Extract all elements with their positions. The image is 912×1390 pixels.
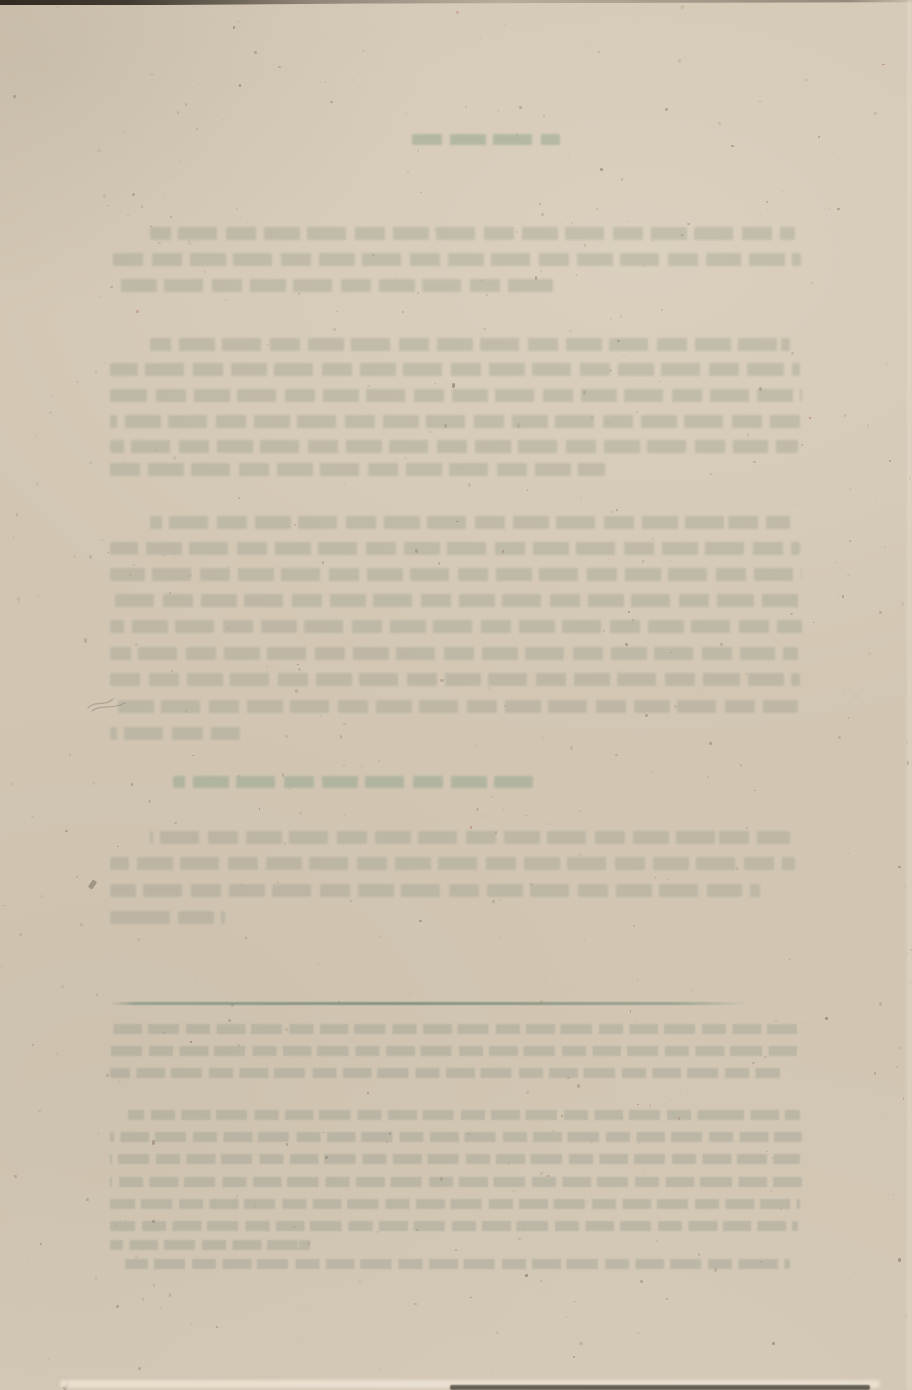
paragraph-1-line bbox=[113, 253, 801, 266]
paper-speck bbox=[668, 879, 669, 880]
paper-speck bbox=[37, 596, 38, 598]
paper-speck bbox=[806, 79, 807, 80]
paper-speck bbox=[591, 1142, 592, 1143]
paper-speck bbox=[573, 1356, 575, 1357]
paper-speck bbox=[346, 739, 347, 740]
paper-speck-red bbox=[813, 622, 815, 623]
paper-speck bbox=[879, 1002, 882, 1006]
paragraph-2-line bbox=[110, 415, 800, 428]
paper-speck bbox=[817, 592, 818, 593]
paper-speck bbox=[3, 905, 5, 907]
paper-speck bbox=[72, 231, 74, 233]
paper-speck bbox=[847, 574, 850, 576]
paper-speck bbox=[526, 1091, 529, 1094]
paper-speck bbox=[584, 940, 585, 941]
paper-speck-red bbox=[809, 417, 811, 418]
paper-speck bbox=[482, 814, 485, 818]
paper-speck bbox=[766, 1151, 767, 1152]
footnote-2-line bbox=[110, 1177, 802, 1187]
paper-speck bbox=[98, 149, 101, 152]
paper-speck bbox=[878, 850, 880, 851]
paper-speck bbox=[13, 95, 16, 99]
paper-speck bbox=[444, 665, 445, 666]
paragraph-3-line bbox=[150, 516, 790, 529]
paper-speck bbox=[584, 42, 585, 43]
paper-speck bbox=[801, 546, 802, 548]
paper-speck bbox=[649, 1104, 652, 1107]
paper-speck bbox=[499, 899, 501, 901]
paper-speck bbox=[18, 600, 20, 603]
paper-speck bbox=[377, 1231, 378, 1233]
paper-speck bbox=[55, 756, 57, 758]
paragraph-4-line bbox=[110, 857, 795, 870]
paper-speck bbox=[251, 125, 252, 126]
paper-speck bbox=[478, 1214, 479, 1215]
paper-speck bbox=[86, 1198, 89, 1201]
footnote-2-line bbox=[110, 1221, 798, 1231]
paper-speck bbox=[737, 197, 739, 199]
paper-speck bbox=[527, 489, 529, 491]
paper-speck bbox=[142, 1298, 144, 1302]
paper-speck bbox=[171, 670, 173, 672]
paper-speck bbox=[835, 561, 838, 564]
paper-speck bbox=[97, 1132, 100, 1135]
paper-speck bbox=[687, 539, 688, 540]
paper-speck bbox=[766, 201, 768, 203]
paper-speck bbox=[147, 816, 148, 817]
paper-speck bbox=[216, 1326, 218, 1328]
paper-speck bbox=[730, 104, 732, 105]
paper-speck bbox=[637, 980, 638, 981]
paper-speck bbox=[698, 1253, 701, 1256]
paper-speck bbox=[148, 800, 151, 803]
paper-speck bbox=[407, 171, 409, 174]
paper-speck bbox=[661, 309, 663, 311]
paper-speck bbox=[727, 1289, 728, 1290]
paper-speck bbox=[438, 562, 440, 565]
paper-speck bbox=[838, 594, 839, 595]
paper-speck bbox=[705, 211, 706, 212]
paper-speck bbox=[36, 482, 39, 486]
paper-speck bbox=[656, 1240, 658, 1242]
paper-speck bbox=[879, 611, 882, 614]
paper-speck bbox=[681, 5, 683, 8]
paper-speck bbox=[596, 208, 598, 210]
paper-speck bbox=[572, 984, 574, 986]
paper-speck bbox=[246, 64, 247, 65]
paper-speck bbox=[541, 213, 544, 216]
paper-speck bbox=[70, 1020, 71, 1021]
paper-speck bbox=[823, 394, 824, 396]
paper-speck bbox=[473, 852, 474, 853]
paper-speck bbox=[765, 306, 766, 307]
paper-speck bbox=[278, 66, 281, 68]
paper-speck bbox=[823, 306, 825, 308]
paper-speck bbox=[753, 461, 756, 463]
paper-speck bbox=[344, 814, 346, 816]
paper-speck bbox=[69, 754, 71, 755]
paper-speck bbox=[842, 595, 844, 597]
paper-speck bbox=[608, 559, 609, 560]
paper-speck bbox=[13, 536, 15, 538]
paper-speck bbox=[196, 128, 198, 130]
paper-speck bbox=[552, 83, 553, 84]
page-bottom-edge-shadow bbox=[450, 1385, 870, 1390]
footnote-2-line bbox=[110, 1154, 800, 1164]
paper-speck bbox=[754, 790, 756, 791]
paper-speck bbox=[637, 1104, 639, 1105]
paper-speck bbox=[137, 148, 138, 149]
paper-speck bbox=[470, 1127, 471, 1128]
paper-speck bbox=[573, 293, 574, 294]
paper-speck-red bbox=[882, 64, 884, 65]
paper-speck bbox=[492, 796, 493, 797]
paper-speck bbox=[224, 299, 227, 301]
paper-speck bbox=[76, 876, 78, 878]
paragraph-3-line bbox=[110, 700, 798, 713]
paper-speck bbox=[19, 933, 22, 935]
paper-speck bbox=[297, 1337, 298, 1338]
paper-speck bbox=[829, 227, 830, 228]
paper-speck bbox=[359, 1280, 361, 1281]
paper-speck bbox=[829, 208, 830, 209]
paper-speck bbox=[238, 497, 240, 499]
paper-speck bbox=[333, 328, 336, 331]
paper-speck bbox=[689, 999, 690, 1001]
paper-speck bbox=[718, 122, 721, 125]
paper-speck bbox=[560, 120, 561, 121]
paragraph-1-line bbox=[150, 227, 795, 240]
paper-speck bbox=[192, 755, 193, 756]
paper-speck bbox=[540, 1280, 542, 1282]
paper-speck bbox=[545, 980, 548, 982]
paper-speck bbox=[620, 315, 622, 317]
paper-speck bbox=[204, 271, 206, 273]
paper-speck bbox=[129, 778, 131, 780]
paper-speck bbox=[600, 168, 602, 171]
paper-speck bbox=[383, 788, 384, 789]
paper-speck bbox=[285, 735, 287, 738]
paper-speck bbox=[868, 652, 871, 655]
paper-speck bbox=[584, 244, 586, 246]
ink-fleck bbox=[88, 879, 97, 889]
paper-speck bbox=[655, 283, 656, 284]
paper-speck bbox=[102, 798, 103, 799]
paper-speck bbox=[488, 687, 490, 688]
paper-speck bbox=[106, 1074, 109, 1077]
paper-speck bbox=[614, 303, 616, 305]
paper-speck bbox=[275, 114, 276, 116]
paper-speck bbox=[809, 937, 810, 938]
paper-speck bbox=[623, 355, 625, 356]
paper-speck bbox=[626, 221, 628, 223]
paper-speck bbox=[132, 193, 135, 197]
paper-speck bbox=[802, 1022, 803, 1023]
paper-speck-red bbox=[903, 1097, 905, 1100]
paper-speck bbox=[867, 424, 869, 428]
footnote-2-line bbox=[110, 1240, 310, 1250]
paper-speck bbox=[378, 760, 380, 762]
paper-speck bbox=[673, 778, 674, 779]
paper-speck bbox=[297, 664, 299, 666]
paper-speck bbox=[40, 1243, 42, 1245]
paper-speck bbox=[700, 927, 701, 929]
paper-speck bbox=[473, 1215, 474, 1216]
paper-speck bbox=[98, 296, 99, 298]
paragraph-3-line bbox=[110, 594, 800, 607]
paper-speck bbox=[512, 1190, 515, 1192]
paper-speck bbox=[409, 993, 412, 996]
paper-speck bbox=[874, 112, 877, 115]
paper-speck bbox=[343, 765, 345, 766]
paper-speck bbox=[577, 1084, 580, 1088]
paper-speck bbox=[639, 51, 640, 52]
paper-speck bbox=[746, 827, 748, 829]
paper-speck bbox=[89, 461, 92, 464]
paragraph-1-line bbox=[113, 279, 553, 292]
paper-speck bbox=[0, 965, 3, 968]
paper-speck bbox=[260, 1130, 261, 1131]
paper-speck bbox=[343, 723, 345, 725]
paragraph-4-line bbox=[110, 911, 225, 924]
page-top-edge-shadow bbox=[0, 0, 912, 5]
paper-speck bbox=[103, 194, 106, 198]
paper-speck bbox=[850, 1075, 852, 1078]
paper-speck bbox=[127, 215, 128, 216]
paper-speck bbox=[320, 82, 321, 83]
paper-speck bbox=[92, 782, 95, 785]
paper-speck bbox=[123, 131, 125, 133]
paper-speck bbox=[417, 149, 420, 152]
paper-speck bbox=[492, 900, 494, 903]
paper-speck bbox=[237, 21, 240, 23]
footnote-1-line bbox=[110, 1068, 780, 1078]
paper-speck bbox=[709, 742, 711, 745]
paper-speck bbox=[519, 106, 522, 109]
paper-speck bbox=[561, 223, 562, 224]
paper-speck bbox=[764, 1056, 766, 1058]
paper-speck bbox=[116, 1305, 119, 1308]
paper-speck bbox=[636, 1021, 637, 1022]
paper-speck bbox=[880, 1117, 881, 1118]
paper-speck bbox=[837, 208, 839, 210]
paper-speck bbox=[455, 1249, 457, 1252]
paper-speck bbox=[525, 815, 527, 816]
paper-speck bbox=[12, 1105, 13, 1106]
paper-speck bbox=[96, 994, 97, 995]
paper-speck bbox=[475, 743, 478, 747]
paper-speck bbox=[893, 1194, 894, 1195]
scanned-page bbox=[0, 0, 912, 1390]
paper-speck bbox=[451, 293, 452, 294]
paper-speck bbox=[320, 716, 322, 718]
paper-speck bbox=[95, 1277, 96, 1278]
paper-speck-red bbox=[456, 11, 459, 14]
paper-speck bbox=[124, 460, 126, 462]
paper-speck bbox=[80, 923, 82, 926]
paper-speck bbox=[350, 900, 352, 902]
paper-speck bbox=[298, 293, 299, 294]
paper-speck bbox=[57, 1082, 59, 1084]
paper-speck bbox=[760, 214, 761, 215]
paper-speck bbox=[228, 1019, 231, 1022]
paper-speck bbox=[818, 136, 820, 138]
paper-speck bbox=[76, 381, 78, 383]
paper-speck bbox=[652, 240, 653, 242]
paper-speck bbox=[633, 925, 635, 927]
paper-speck bbox=[163, 196, 165, 198]
paper-speck bbox=[569, 330, 572, 332]
paper-speck-red bbox=[136, 310, 138, 313]
footnote-2-line bbox=[110, 1199, 800, 1209]
paper-speck bbox=[899, 1047, 901, 1049]
page-title-line bbox=[412, 134, 560, 145]
paper-speck bbox=[378, 591, 380, 592]
paper-speck bbox=[89, 555, 92, 559]
paper-speck bbox=[136, 1314, 137, 1315]
paper-speck bbox=[832, 153, 834, 154]
paper-speck bbox=[62, 948, 63, 949]
paper-speck bbox=[539, 203, 542, 206]
paper-speck bbox=[185, 103, 187, 106]
paragraph-4-line bbox=[150, 831, 790, 844]
paper-speck bbox=[133, 564, 135, 566]
paper-speck bbox=[236, 208, 238, 210]
paper-speck bbox=[286, 1143, 288, 1145]
footnote-1-line bbox=[110, 1024, 800, 1034]
paper-speck bbox=[336, 311, 338, 313]
paper-speck bbox=[598, 51, 600, 53]
paper-speck bbox=[48, 1358, 50, 1360]
paper-speck bbox=[566, 1316, 567, 1318]
paper-speck bbox=[671, 561, 672, 562]
paper-speck bbox=[678, 59, 681, 63]
paper-speck bbox=[653, 778, 654, 779]
paper-speck bbox=[14, 1175, 17, 1178]
paper-speck bbox=[770, 1190, 771, 1192]
paper-speck bbox=[351, 79, 353, 81]
footnote-3-line bbox=[125, 1259, 790, 1269]
pencil-mark bbox=[84, 690, 132, 718]
paragraph-3-line bbox=[110, 673, 800, 686]
paper-speck bbox=[299, 812, 302, 816]
paper-speck bbox=[896, 1349, 897, 1350]
paper-speck bbox=[698, 690, 699, 691]
paper-speck bbox=[527, 506, 528, 507]
paper-speck bbox=[173, 557, 175, 558]
paper-speck bbox=[720, 643, 723, 647]
paper-speck bbox=[670, 1099, 672, 1102]
paper-speck bbox=[35, 436, 36, 437]
paper-speck bbox=[138, 1367, 141, 1370]
paper-speck bbox=[118, 1080, 121, 1082]
paper-speck bbox=[404, 457, 407, 459]
paper-speck bbox=[32, 1044, 34, 1045]
paper-speck bbox=[870, 977, 873, 980]
paper-speck bbox=[137, 938, 140, 941]
paper-speck bbox=[682, 1101, 683, 1102]
paper-speck bbox=[553, 500, 555, 501]
footnote-2-line bbox=[110, 1132, 802, 1142]
paper-speck bbox=[850, 488, 851, 490]
paper-speck bbox=[792, 518, 793, 519]
paper-speck bbox=[131, 783, 133, 786]
paper-speck bbox=[845, 518, 846, 519]
paper-speck bbox=[254, 51, 257, 54]
paper-speck bbox=[645, 714, 648, 717]
paper-speck bbox=[790, 613, 792, 615]
paper-speck bbox=[498, 110, 500, 112]
paper-speck bbox=[26, 11, 27, 12]
paper-speck bbox=[73, 555, 76, 558]
paper-speck bbox=[785, 930, 786, 931]
paper-speck bbox=[61, 985, 64, 987]
paper-speck bbox=[855, 695, 857, 697]
paper-speck bbox=[50, 411, 52, 414]
paper-speck bbox=[13, 1076, 14, 1078]
paper-speck bbox=[659, 381, 660, 383]
paper-speck bbox=[324, 81, 326, 83]
paper-speck bbox=[434, 383, 435, 384]
paper-speck bbox=[687, 1093, 688, 1094]
paper-speck bbox=[222, 119, 223, 120]
paper-speck bbox=[75, 159, 76, 160]
paper-speck bbox=[49, 412, 50, 413]
paper-speck bbox=[107, 205, 109, 207]
paper-speck bbox=[551, 214, 553, 216]
paper-speck bbox=[579, 853, 582, 856]
paper-speck bbox=[825, 1017, 828, 1021]
paper-speck bbox=[650, 771, 652, 773]
paper-speck bbox=[874, 1072, 876, 1075]
paper-speck bbox=[406, 113, 407, 114]
paper-speck bbox=[665, 108, 667, 111]
paper-speck bbox=[35, 90, 37, 92]
paper-speck bbox=[42, 479, 44, 480]
paper-speck bbox=[151, 74, 153, 76]
paper-speck bbox=[811, 282, 813, 285]
paper-speck bbox=[559, 916, 560, 917]
paper-speck bbox=[625, 643, 628, 645]
paper-speck bbox=[496, 1331, 499, 1334]
paper-speck bbox=[849, 540, 851, 542]
paper-speck bbox=[56, 1052, 58, 1055]
paper-speck bbox=[17, 597, 20, 600]
paper-speck bbox=[898, 866, 900, 869]
paper-speck bbox=[8, 297, 9, 298]
paper-speck bbox=[844, 693, 846, 695]
paper-speck bbox=[630, 1010, 632, 1013]
paper-speck bbox=[543, 115, 545, 118]
paper-speck-red bbox=[470, 826, 472, 829]
paper-speck bbox=[343, 972, 344, 973]
paper-speck bbox=[637, 1332, 640, 1334]
paper-speck bbox=[84, 638, 87, 642]
paper-speck bbox=[317, 963, 319, 966]
paper-speck bbox=[135, 643, 138, 647]
paper-speck bbox=[540, 1172, 543, 1175]
section-heading-line bbox=[173, 776, 533, 788]
paper-speck bbox=[491, 994, 493, 997]
paper-speck bbox=[525, 1274, 528, 1276]
paper-speck bbox=[402, 311, 404, 314]
paper-speck bbox=[628, 611, 630, 613]
paper-speck bbox=[40, 895, 43, 898]
paper-speck bbox=[826, 261, 827, 262]
paper-speck bbox=[895, 305, 896, 306]
paper-speck bbox=[610, 318, 612, 320]
page-right-edge-highlight bbox=[907, 0, 912, 1390]
